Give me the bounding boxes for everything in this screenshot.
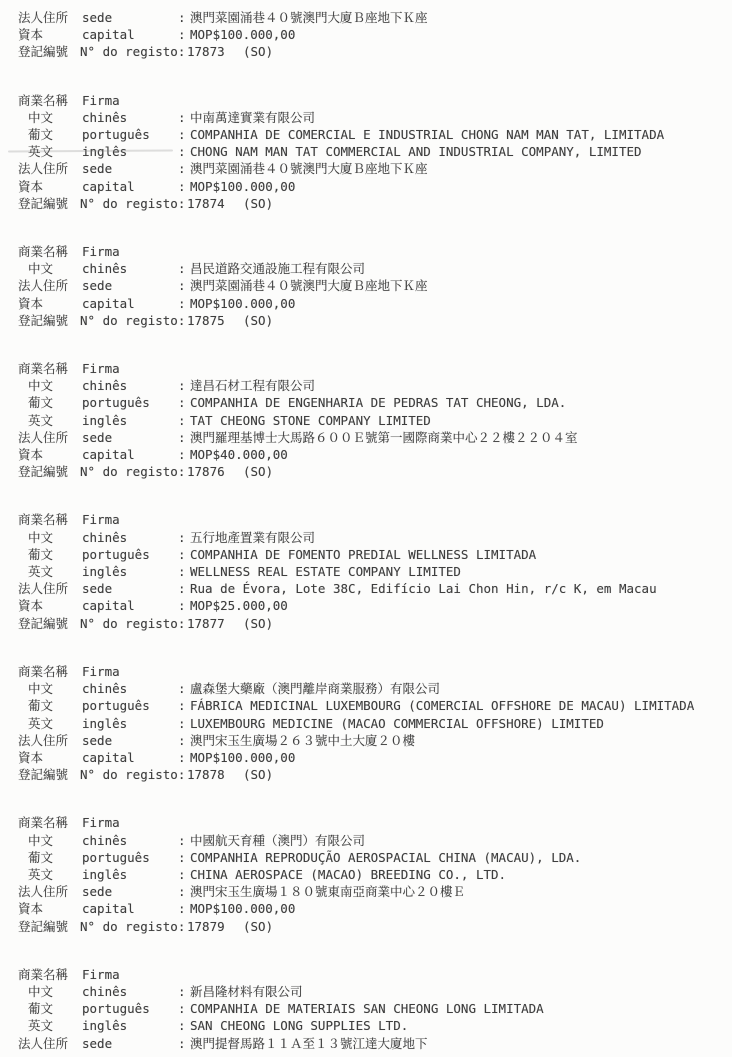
capital-value: MOP$100.000,00 [190, 749, 732, 766]
portuguese-name-row: 葡文português:FÁBRICA MEDICINAL LUXEMBOURG… [0, 697, 732, 714]
capital-row: 資本capital:MOP$100.000,00 [0, 26, 732, 43]
label-english-name-zh: 英文 [18, 715, 82, 732]
label-registered-address-pt: sede [82, 429, 178, 446]
label-registered-address-zh: 法人住所 [18, 580, 82, 597]
english-name-value: TAT CHEONG STONE COMPANY LIMITED [190, 412, 732, 429]
registry-suffix: (SO) [243, 43, 273, 60]
registry-number-value: 17879 [187, 918, 243, 935]
colon: : [178, 295, 190, 312]
label-firm-zh: 商業名稱 [18, 511, 82, 528]
portuguese-name-row: 葡文português:COMPANHIA DE COMERCIAL E IND… [0, 126, 732, 143]
registered-address-value: 澳門宋玉生廣場２６３號中土大廈２０樓 [190, 732, 732, 749]
label-firm-zh: 商業名稱 [18, 966, 82, 983]
label-portuguese-name-pt: português [82, 394, 178, 411]
chinese-name-row: 中文chinês:中國航天育種（澳門）有限公司 [0, 832, 732, 849]
chinese-name-row: 中文chinês:新昌隆材料有限公司 [0, 983, 732, 1000]
colon: : [178, 732, 190, 749]
label-chinese-name-zh: 中文 [18, 983, 82, 1000]
label-portuguese-name-zh: 葡文 [18, 849, 82, 866]
colon: : [178, 9, 190, 26]
registry-number-row: 登記編號N° do registo:17874(SO) [0, 195, 732, 212]
registered-address-value: 澳門菜園涌巷４０號澳門大廈Ｂ座地下Ｋ座 [190, 9, 732, 26]
label-portuguese-name-pt: português [82, 126, 178, 143]
label-firm-zh: 商業名稱 [18, 243, 82, 260]
label-firm-zh: 商業名稱 [18, 360, 82, 377]
capital-value: MOP$100.000,00 [190, 26, 732, 43]
label-portuguese-name-zh: 葡文 [18, 126, 82, 143]
label-portuguese-name-pt: português [82, 1000, 178, 1017]
colon: : [178, 394, 190, 411]
chinese-name-row: 中文chinês:達昌石材工程有限公司 [0, 377, 732, 394]
colon: : [178, 546, 190, 563]
label-registry-pt: N° do registo: [80, 312, 187, 329]
label-registered-address-pt: sede [82, 1035, 178, 1052]
chinese-name-row: 中文chinês:中南萬達實業有限公司 [0, 109, 732, 126]
registered-address-value: 澳門宋玉生廣場１８０號東南亞商業中心２０樓Ｅ [190, 883, 732, 900]
label-firm-pt: Firma [82, 92, 178, 109]
registry-number-row: 登記編號N° do registo:17877(SO) [0, 615, 732, 632]
company-record-7: 商業名稱Firma中文chinês:新昌隆材料有限公司葡文português:C… [0, 966, 732, 1052]
label-chinese-name-zh: 中文 [18, 260, 82, 277]
colon: : [178, 429, 190, 446]
label-registered-address-zh: 法人住所 [18, 1035, 82, 1052]
colon: : [178, 277, 190, 294]
company-record-17875: 商業名稱Firma中文chinês:昌民道路交通設施工程有限公司法人住所sede… [0, 243, 732, 329]
registered-address-row: 法人住所sede:澳門宋玉生廣場１８０號東南亞商業中心２０樓Ｅ [0, 883, 732, 900]
label-registered-address-pt: sede [82, 9, 178, 26]
company-record-17879: 商業名稱Firma中文chinês:中國航天育種（澳門）有限公司葡文portug… [0, 814, 732, 934]
colon: : [178, 680, 190, 697]
label-portuguese-name-pt: português [82, 697, 178, 714]
colon: : [178, 563, 190, 580]
colon: : [178, 143, 190, 160]
label-registry-zh: 登記編號 [18, 918, 80, 935]
colon: : [178, 446, 190, 463]
registry-number-row: 登記編號N° do registo:17876(SO) [0, 463, 732, 480]
label-english-name-zh: 英文 [18, 866, 82, 883]
english-name-row: 英文inglês:SAN CHEONG LONG SUPPLIES LTD. [0, 1017, 732, 1034]
registered-address-row: 法人住所sede:澳門提督馬路１１Ａ至１３號江達大廈地下 [0, 1035, 732, 1052]
registered-address-value: Rua de Évora, Lote 38C, Edifício Lai Cho… [190, 580, 732, 597]
label-registered-address-zh: 法人住所 [18, 732, 82, 749]
colon: : [178, 109, 190, 126]
label-portuguese-name-pt: português [82, 849, 178, 866]
colon: : [178, 126, 190, 143]
label-firm-pt: Firma [82, 511, 178, 528]
portuguese-name-value: COMPANHIA DE ENGENHARIA DE PEDRAS TAT CH… [190, 394, 732, 411]
firm-header-row: 商業名稱Firma [0, 966, 732, 983]
label-capital-zh: 資本 [18, 178, 82, 195]
registry-number-row: 登記編號N° do registo:17875(SO) [0, 312, 732, 329]
label-english-name-zh: 英文 [18, 412, 82, 429]
portuguese-name-value: COMPANHIA DE FOMENTO PREDIAL WELLNESS LI… [190, 546, 732, 563]
label-chinese-name-pt: chinês [82, 529, 178, 546]
label-firm-zh: 商業名稱 [18, 663, 82, 680]
registry-number-value: 17878 [187, 766, 243, 783]
firm-header-row: 商業名稱Firma [0, 511, 732, 528]
label-registry-zh: 登記編號 [18, 463, 80, 480]
label-english-name-pt: inglês [82, 1017, 178, 1034]
label-chinese-name-zh: 中文 [18, 377, 82, 394]
registered-address-row: 法人住所sede:澳門菜園涌巷４０號澳門大廈Ｂ座地下Ｋ座 [0, 9, 732, 26]
colon: : [178, 1035, 190, 1052]
chinese-name-value: 達昌石材工程有限公司 [190, 377, 732, 394]
label-registered-address-pt: sede [82, 732, 178, 749]
registry-number-row: 登記編號N° do registo:17878(SO) [0, 766, 732, 783]
colon: : [178, 260, 190, 277]
registered-address-row: 法人住所sede:澳門羅理基博士大馬路６００Ｅ號第一國際商業中心２２樓２２０４室 [0, 429, 732, 446]
label-registered-address-pt: sede [82, 580, 178, 597]
label-capital-pt: capital [82, 900, 178, 917]
company-record-17876: 商業名稱Firma中文chinês:達昌石材工程有限公司葡文português:… [0, 360, 732, 480]
label-registry-pt: N° do registo: [80, 615, 187, 632]
label-registered-address-zh: 法人住所 [18, 277, 82, 294]
registered-address-value: 澳門提督馬路１１Ａ至１３號江達大廈地下 [190, 1035, 732, 1052]
colon: : [178, 529, 190, 546]
label-chinese-name-zh: 中文 [18, 680, 82, 697]
registry-number-value: 17875 [187, 312, 243, 329]
label-registry-pt: N° do registo: [80, 195, 187, 212]
label-registered-address-zh: 法人住所 [18, 160, 82, 177]
label-english-name-pt: inglês [82, 563, 178, 580]
colon: : [178, 377, 190, 394]
chinese-name-value: 盧森堡大藥廠（澳門離岸商業服務）有限公司 [190, 680, 732, 697]
registered-address-row: 法人住所sede:澳門宋玉生廣場２６３號中土大廈２０樓 [0, 732, 732, 749]
label-registry-zh: 登記編號 [18, 312, 80, 329]
colon: : [178, 900, 190, 917]
registered-address-row: 法人住所sede:澳門菜園涌巷４０號澳門大廈Ｂ座地下Ｋ座 [0, 277, 732, 294]
colon: : [178, 580, 190, 597]
registered-address-value: 澳門菜園涌巷４０號澳門大廈Ｂ座地下Ｋ座 [190, 160, 732, 177]
registry-suffix: (SO) [243, 195, 273, 212]
label-english-name-pt: inglês [82, 143, 178, 160]
label-chinese-name-pt: chinês [82, 680, 178, 697]
portuguese-name-row: 葡文português:COMPANHIA DE ENGENHARIA DE P… [0, 394, 732, 411]
firm-header-row: 商業名稱Firma [0, 92, 732, 109]
capital-value: MOP$25.000,00 [190, 597, 732, 614]
portuguese-name-value: COMPANHIA REPRODUÇÃO AEROSPACIAL CHINA (… [190, 849, 732, 866]
registered-address-row: 法人住所sede:澳門菜園涌巷４０號澳門大廈Ｂ座地下Ｋ座 [0, 160, 732, 177]
label-english-name-pt: inglês [82, 715, 178, 732]
label-capital-zh: 資本 [18, 749, 82, 766]
label-capital-zh: 資本 [18, 295, 82, 312]
label-firm-zh: 商業名稱 [18, 92, 82, 109]
firm-header-row: 商業名稱Firma [0, 243, 732, 260]
registry-number-value: 17876 [187, 463, 243, 480]
english-name-row: 英文inglês:TAT CHEONG STONE COMPANY LIMITE… [0, 412, 732, 429]
label-capital-pt: capital [82, 597, 178, 614]
capital-row: 資本capital:MOP$25.000,00 [0, 597, 732, 614]
firm-header-row: 商業名稱Firma [0, 663, 732, 680]
chinese-name-row: 中文chinês:五行地產置業有限公司 [0, 529, 732, 546]
colon: : [178, 597, 190, 614]
company-record-17878: 商業名稱Firma中文chinês:盧森堡大藥廠（澳門離岸商業服務）有限公司葡文… [0, 663, 732, 783]
label-firm-pt: Firma [82, 243, 178, 260]
label-portuguese-name-zh: 葡文 [18, 394, 82, 411]
label-portuguese-name-zh: 葡文 [18, 1000, 82, 1017]
colon: : [178, 412, 190, 429]
registry-number-value: 17874 [187, 195, 243, 212]
label-capital-zh: 資本 [18, 900, 82, 917]
colon: : [178, 832, 190, 849]
label-portuguese-name-pt: português [82, 546, 178, 563]
registry-number-value: 17873 [187, 43, 243, 60]
registry-suffix: (SO) [243, 615, 273, 632]
english-name-row: 英文inglês:CHINA AEROSPACE (MACAO) BREEDIN… [0, 866, 732, 883]
capital-row: 資本capital:MOP$40.000,00 [0, 446, 732, 463]
label-english-name-pt: inglês [82, 412, 178, 429]
label-registry-pt: N° do registo: [80, 43, 187, 60]
label-registry-zh: 登記編號 [18, 615, 80, 632]
capital-value: MOP$40.000,00 [190, 446, 732, 463]
label-capital-pt: capital [82, 295, 178, 312]
label-firm-pt: Firma [82, 814, 178, 831]
chinese-name-value: 新昌隆材料有限公司 [190, 983, 732, 1000]
chinese-name-value: 中南萬達實業有限公司 [190, 109, 732, 126]
portuguese-name-row: 葡文português:COMPANHIA REPRODUÇÃO AEROSPA… [0, 849, 732, 866]
english-name-value: LUXEMBOURG MEDICINE (MACAO COMMERCIAL OF… [190, 715, 732, 732]
label-registered-address-pt: sede [82, 883, 178, 900]
portuguese-name-value: COMPANHIA DE COMERCIAL E INDUSTRIAL CHON… [190, 126, 732, 143]
registered-address-row: 法人住所sede:Rua de Évora, Lote 38C, Edifíci… [0, 580, 732, 597]
portuguese-name-row: 葡文português:COMPANHIA DE MATERIAIS SAN C… [0, 1000, 732, 1017]
label-registry-pt: N° do registo: [80, 766, 187, 783]
label-firm-pt: Firma [82, 966, 178, 983]
label-english-name-zh: 英文 [18, 143, 82, 160]
colon: : [178, 160, 190, 177]
label-portuguese-name-zh: 葡文 [18, 546, 82, 563]
label-registered-address-pt: sede [82, 160, 178, 177]
capital-row: 資本capital:MOP$100.000,00 [0, 178, 732, 195]
label-firm-zh: 商業名稱 [18, 814, 82, 831]
label-capital-zh: 資本 [18, 446, 82, 463]
colon: : [178, 849, 190, 866]
label-registered-address-zh: 法人住所 [18, 429, 82, 446]
label-registry-pt: N° do registo: [80, 918, 187, 935]
company-record-17877: 商業名稱Firma中文chinês:五行地產置業有限公司葡文português:… [0, 511, 732, 631]
capital-row: 資本capital:MOP$100.000,00 [0, 295, 732, 312]
label-portuguese-name-zh: 葡文 [18, 697, 82, 714]
colon: : [178, 697, 190, 714]
label-capital-zh: 資本 [18, 26, 82, 43]
chinese-name-value: 五行地產置業有限公司 [190, 529, 732, 546]
company-record-17874: 商業名稱Firma中文chinês:中南萬達實業有限公司葡文português:… [0, 92, 732, 212]
label-capital-pt: capital [82, 749, 178, 766]
capital-row: 資本capital:MOP$100.000,00 [0, 900, 732, 917]
portuguese-name-row: 葡文português:COMPANHIA DE FOMENTO PREDIAL… [0, 546, 732, 563]
label-english-name-zh: 英文 [18, 563, 82, 580]
capital-value: MOP$100.000,00 [190, 295, 732, 312]
registry-suffix: (SO) [243, 766, 273, 783]
label-english-name-pt: inglês [82, 866, 178, 883]
gazette-page: 法人住所sede:澳門菜園涌巷４０號澳門大廈Ｂ座地下Ｋ座資本capital:MO… [0, 0, 732, 1052]
colon: : [178, 26, 190, 43]
registered-address-value: 澳門羅理基博士大馬路６００Ｅ號第一國際商業中心２２樓２２０４室 [190, 429, 732, 446]
colon: : [178, 749, 190, 766]
colon: : [178, 1017, 190, 1034]
label-registry-zh: 登記編號 [18, 43, 80, 60]
english-name-value: SAN CHEONG LONG SUPPLIES LTD. [190, 1017, 732, 1034]
firm-header-row: 商業名稱Firma [0, 360, 732, 377]
colon: : [178, 866, 190, 883]
label-registry-zh: 登記編號 [18, 766, 80, 783]
label-registered-address-zh: 法人住所 [18, 9, 82, 26]
label-capital-pt: capital [82, 446, 178, 463]
label-capital-pt: capital [82, 178, 178, 195]
colon: : [178, 1000, 190, 1017]
colon: : [178, 178, 190, 195]
label-chinese-name-zh: 中文 [18, 529, 82, 546]
label-firm-pt: Firma [82, 360, 178, 377]
english-name-value: WELLNESS REAL ESTATE COMPANY LIMITED [190, 563, 732, 580]
registry-number-value: 17877 [187, 615, 243, 632]
english-name-value: CHINA AEROSPACE (MACAO) BREEDING CO., LT… [190, 866, 732, 883]
label-registry-pt: N° do registo: [80, 463, 187, 480]
label-registered-address-zh: 法人住所 [18, 883, 82, 900]
registry-suffix: (SO) [243, 918, 273, 935]
colon: : [178, 883, 190, 900]
chinese-name-value: 昌民道路交通設施工程有限公司 [190, 260, 732, 277]
label-firm-pt: Firma [82, 663, 178, 680]
label-chinese-name-zh: 中文 [18, 832, 82, 849]
label-capital-pt: capital [82, 26, 178, 43]
english-name-row: 英文inglês:WELLNESS REAL ESTATE COMPANY LI… [0, 563, 732, 580]
chinese-name-value: 中國航天育種（澳門）有限公司 [190, 832, 732, 849]
registry-number-row: 登記編號N° do registo:17873(SO) [0, 43, 732, 60]
chinese-name-row: 中文chinês:盧森堡大藥廠（澳門離岸商業服務）有限公司 [0, 680, 732, 697]
portuguese-name-value: COMPANHIA DE MATERIAIS SAN CHEONG LONG L… [190, 1000, 732, 1017]
english-name-row: 英文inglês:LUXEMBOURG MEDICINE (MACAO COMM… [0, 715, 732, 732]
colon: : [178, 715, 190, 732]
registry-number-row: 登記編號N° do registo:17879(SO) [0, 918, 732, 935]
records-list: 法人住所sede:澳門菜園涌巷４０號澳門大廈Ｂ座地下Ｋ座資本capital:MO… [0, 9, 732, 1052]
label-chinese-name-pt: chinês [82, 109, 178, 126]
chinese-name-row: 中文chinês:昌民道路交通設施工程有限公司 [0, 260, 732, 277]
english-name-row: 英文inglês:CHONG NAM MAN TAT COMMERCIAL AN… [0, 143, 732, 160]
label-chinese-name-pt: chinês [82, 377, 178, 394]
label-registry-zh: 登記編號 [18, 195, 80, 212]
colon: : [178, 983, 190, 1000]
registered-address-value: 澳門菜園涌巷４０號澳門大廈Ｂ座地下Ｋ座 [190, 277, 732, 294]
firm-header-row: 商業名稱Firma [0, 814, 732, 831]
registry-suffix: (SO) [243, 463, 273, 480]
company-record-17873: 法人住所sede:澳門菜園涌巷４０號澳門大廈Ｂ座地下Ｋ座資本capital:MO… [0, 9, 732, 61]
label-chinese-name-pt: chinês [82, 832, 178, 849]
capital-row: 資本capital:MOP$100.000,00 [0, 749, 732, 766]
label-chinese-name-pt: chinês [82, 260, 178, 277]
label-registered-address-pt: sede [82, 277, 178, 294]
capital-value: MOP$100.000,00 [190, 900, 732, 917]
label-chinese-name-zh: 中文 [18, 109, 82, 126]
label-capital-zh: 資本 [18, 597, 82, 614]
label-chinese-name-pt: chinês [82, 983, 178, 1000]
registry-suffix: (SO) [243, 312, 273, 329]
portuguese-name-value: FÁBRICA MEDICINAL LUXEMBOURG (COMERCIAL … [190, 697, 732, 714]
capital-value: MOP$100.000,00 [190, 178, 732, 195]
english-name-value: CHONG NAM MAN TAT COMMERCIAL AND INDUSTR… [190, 143, 732, 160]
label-english-name-zh: 英文 [18, 1017, 82, 1034]
